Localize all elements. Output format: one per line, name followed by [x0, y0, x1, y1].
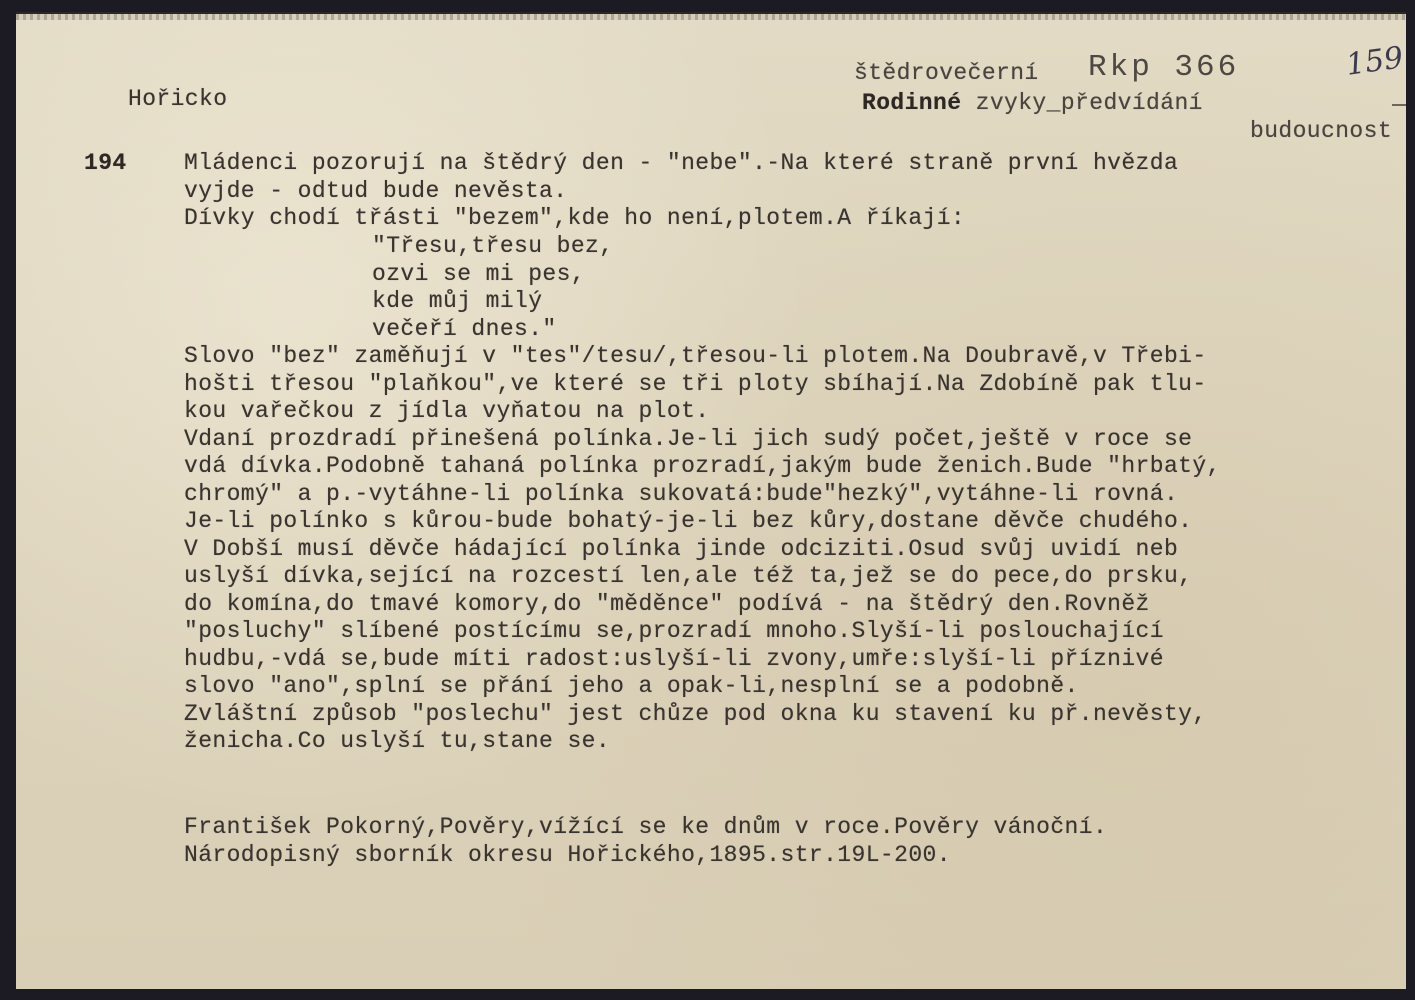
text-line: Vdaní prozdradí přinešená polínka.Je-li … — [184, 426, 1221, 454]
header-category-line2: Rodinné zvyky_předvídání — [862, 90, 1203, 118]
header-category-line1: štědrovečerní — [854, 60, 1039, 88]
handwritten-page-number: 159 — [1344, 40, 1406, 83]
text-line: "posluchy" slíbené postícímu se,prozradí… — [184, 618, 1221, 646]
source-citation: František Pokorný,Pověry,vížící se ke dn… — [184, 814, 1107, 869]
text-line: kou vařečkou z jídla vyňatou na plot. — [184, 398, 1221, 426]
text-line: Slovo "bez" zaměňují v "tes"/tesu/,třeso… — [184, 343, 1221, 371]
text-line: vdá dívka.Podobně tahaná polínka prozrad… — [184, 453, 1221, 481]
entry-text-intro: Mládenci pozorují na štědrý den - "nebe"… — [184, 150, 1178, 233]
verse-line: večeří dnes." — [372, 316, 613, 344]
text-line: slovo "ano",splní se přání jeho a opak-l… — [184, 673, 1221, 701]
archive-card: Hořicko štědrovečerní Rkp 366 159 Rodinn… — [16, 12, 1406, 989]
text-line: chromý" a p.-vytáhne-li polínka sukovatá… — [184, 481, 1221, 509]
text-line: uslyší dívka,sející na rozcestí len,ale … — [184, 563, 1221, 591]
text-line: do komína,do tmavé komory,do "měděnce" p… — [184, 591, 1221, 619]
citation-line: Národopisný sborník okresu Hořického,189… — [184, 842, 1107, 870]
text-line: Je-li polínko s kůrou-bude bohatý-je-li … — [184, 508, 1221, 536]
text-line: V Dobší musí děvče hádající polínka jind… — [184, 536, 1221, 564]
text-line: ženicha.Co uslyší tu,stane se. — [184, 728, 1221, 756]
verse-line: "Třesu,třesu bez, — [372, 233, 613, 261]
struck-word: Rodinné — [862, 90, 961, 116]
text-line: Dívky chodí třásti "bezem",kde ho není,p… — [184, 205, 1178, 233]
verse-line: ozvi se mi pes, — [372, 261, 613, 289]
margin-dash — [1392, 104, 1406, 106]
entry-number: 194 — [84, 150, 127, 178]
entry-text-main: Slovo "bez" zaměňují v "tes"/tesu/,třeso… — [184, 343, 1221, 756]
header-category-line2-text: zvyky_předvídání — [961, 90, 1202, 116]
text-line: hošti třesou "plaňkou",ve které se tři p… — [184, 371, 1221, 399]
shelfmark: Rkp 366 — [1088, 50, 1239, 85]
header-category-line3: budoucnost — [1250, 118, 1392, 146]
verse: "Třesu,třesu bez, ozvi se mi pes, kde mů… — [372, 233, 613, 343]
text-line: hudbu,-vdá se,bude míti radost:uslyší-li… — [184, 646, 1221, 674]
text-line: vyjde - odtud bude nevěsta. — [184, 178, 1178, 206]
citation-line: František Pokorný,Pověry,vížící se ke dn… — [184, 814, 1107, 842]
text-line: Zvláštní způsob "poslechu" jest chůze po… — [184, 701, 1221, 729]
verse-line: kde můj milý — [372, 288, 613, 316]
text-line: Mládenci pozorují na štědrý den - "nebe"… — [184, 150, 1178, 178]
location-label: Hořicko — [128, 86, 227, 114]
